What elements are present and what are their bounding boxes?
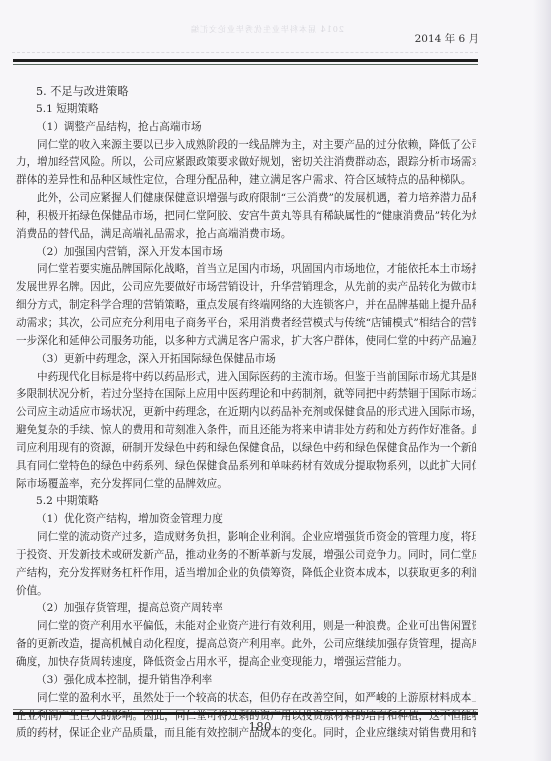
item-heading: （2）加强国内营销，深入开发本国市场 bbox=[16, 244, 476, 262]
paragraph-line: 具有同仁堂特色的绿色中药系列、绿色保健食品系列和单味药材有效成分提取物系列，以此… bbox=[16, 458, 476, 476]
item-heading: （1）优化资产结构，增加资金管理力度 bbox=[16, 511, 476, 529]
paragraph-line: 产结构，充分发挥财务杠杆作用，适当增加企业的负债筹资，降低企业资本成本，以获取更… bbox=[16, 565, 476, 583]
paragraph-line: 价值。 bbox=[16, 583, 476, 601]
header-date: 2014 年 6 月 bbox=[415, 31, 479, 46]
paragraph-line: 备的更新改造，提高机械自动化程度，提高总资产利用率。此外，公司应继续加强存货管理… bbox=[16, 636, 476, 654]
page-number: 180 bbox=[0, 720, 520, 734]
paragraph-line: 际市场覆盖率，充分发挥同仁堂的品牌效应。 bbox=[16, 476, 476, 494]
bleed-through-header: 2014 届本科毕业生优秀毕业论文汇编 bbox=[190, 24, 344, 35]
paragraph-line: 细分方式，制定科学合理的营销策略，重点发展有终端网络的大连锁客户，并在品牌基础上… bbox=[16, 297, 476, 315]
paragraph-line: 力，增加经营风险。所以，公司应紧跟政策要求做好规划，密切关注消费群动态，跟踪分析… bbox=[16, 154, 476, 172]
paragraph-line: 多限制状况分析，若过分坚持在国际上应用中医药理论和中药制剂，就等同把中药禁锢于国… bbox=[16, 386, 476, 404]
paragraph-line: 种，积极开拓绿色保健品市场，把同仁堂阿胶、安宫牛黄丸等具有稀缺属性的“健康消费品… bbox=[16, 208, 476, 226]
item-heading: （2）加强存货管理，提高总资产周转率 bbox=[16, 600, 476, 618]
section-title: 5. 不足与改进策略 bbox=[16, 83, 476, 101]
paragraph-line: 同仁堂的盈利水平，虽然处于一个较高的状态，但仍存在改善空间，如严峻的上游原材料成… bbox=[16, 690, 476, 708]
paragraph-line: 公司应主动适应市场状况，更新中药理念，在近期内以药品补充剂或保健食品的形式进入国… bbox=[16, 404, 476, 422]
paragraph-line: 避免复杂的手续、惊人的费用和苛刻准入条件，而且还能为将来申请非处方药和处方药作好… bbox=[16, 422, 476, 440]
subsection-title-mid-term: 5.2 中期策略 bbox=[16, 493, 476, 511]
document-page: 2014 届本科毕业生优秀毕业论文汇编 2014 年 6 月 5. 不足与改进策… bbox=[0, 0, 551, 761]
paragraph-line: 于投资、开发新技术或研发新产品，推动业务的不断革新与发展，增强公司竞争力。同时，… bbox=[16, 547, 476, 565]
paragraph-line: 此外，公司应紧握人们健康保健意识增强与政府限制“三公消费”的发展机遇，着力培养潜… bbox=[16, 190, 476, 208]
paragraph-line: 消费品的替代品，满足高端礼品需求，抢占高端消费市场。 bbox=[16, 226, 476, 244]
paragraph-line: 司应利用现有的资源，研制开发绿色中药和绿色保健食品，以绿色中药和绿色保健食品作为… bbox=[16, 440, 476, 458]
paper-edge-shadow bbox=[533, 0, 551, 761]
paragraph-line: 发展世界名牌。因此，公司应先要做好市场营销设计，升华营销理念，从先前的卖产品转化… bbox=[16, 279, 476, 297]
paragraph-line: 群体的差异性和品种区域性定位，合理分配品种，建立满足客户需求、符合区域特点的品种… bbox=[16, 172, 476, 190]
item-heading: （1）调整产品结构，抢占高端市场 bbox=[16, 119, 476, 137]
paragraph-line: 动需求；其次，公司应充分利用电子商务平台，采用消费者经营模式与传统“店铺模式”相… bbox=[16, 315, 476, 333]
body-text: 5. 不足与改进策略 5.1 短期策略 （1）调整产品结构，抢占高端市场 同仁堂… bbox=[16, 83, 476, 743]
subsection-title-short-term: 5.1 短期策略 bbox=[16, 101, 476, 119]
header-divider-thin bbox=[13, 64, 478, 65]
header-divider-thick bbox=[13, 59, 478, 62]
paragraph-line: 确度，加快存货周转速度，降低资金占用水平，提高企业变现能力，增强运营能力。 bbox=[16, 654, 476, 672]
header-divider-dashed bbox=[12, 52, 478, 53]
footer-divider-thin bbox=[13, 709, 478, 710]
paragraph-line: 一步深化和延伸公司服务功能，以多种方式满足客户需求，扩大客户群体，使同仁堂的中药… bbox=[16, 333, 476, 351]
paragraph-line: 同仁堂若要实施品牌国际化战略，首当立足国内市场，巩固国内市场地位，才能依托本土市… bbox=[16, 261, 476, 279]
paragraph-line: 同仁堂的资产利用水平偏低，未能对企业资产进行有效利用，则是一种浪费。企业可出售闲… bbox=[16, 618, 476, 636]
paragraph-line: 中药现代化目标是将中药以药品形式，进入国际医药的主流市场。但鉴于当前国际市场尤其… bbox=[16, 369, 476, 387]
item-heading: （3）更新中药理念，深入开拓国际绿色保健品市场 bbox=[16, 351, 476, 369]
item-heading: （3）强化成本控制，提升销售净利率 bbox=[16, 672, 476, 690]
paragraph-line: 同仁堂的流动资产过多，造成财务负担，影响企业利润。企业应增强货币资金的管理力度，… bbox=[16, 529, 476, 547]
footer-divider-thick bbox=[13, 712, 478, 715]
paragraph-line: 同仁堂的收入来源主要以已步入成熟阶段的一线品牌为主，对主要产品的过分依赖，降低了… bbox=[16, 137, 476, 155]
